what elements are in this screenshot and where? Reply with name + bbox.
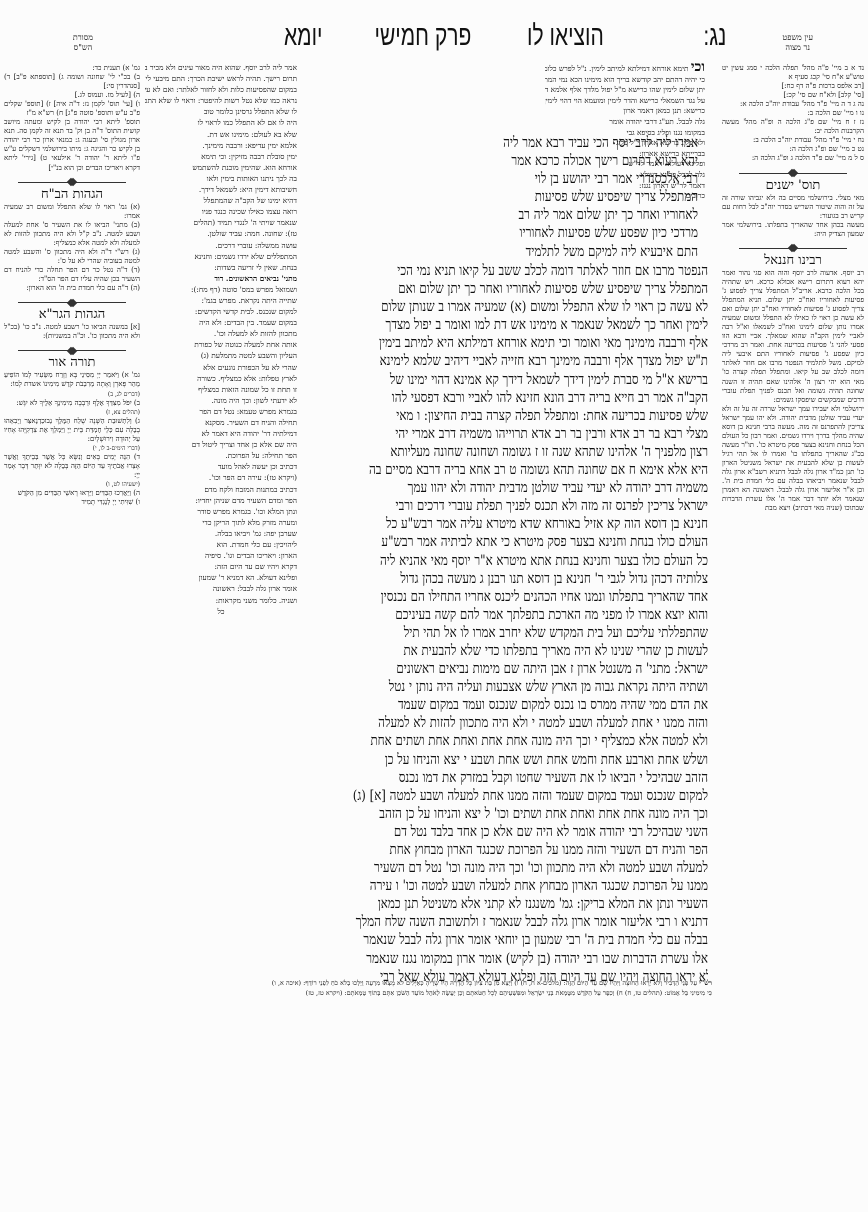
hagahot-hagra-note: [א] במשנה הביאו כו' רשבע למטה. נ"ב כו' (… [4,323,140,341]
ein-mishpat-column: נד א ב מיי' פ"ה מהל' תפלה הלכה י סמג עשי… [722,64,864,784]
masoret-entry: ו) [עי' תוס' לקמן נז: ד"ה איה] ז) [תוספ'… [4,100,140,118]
rashi-label: רש"י [699,979,712,987]
hagahot-habach-note: (ג) רש"י ד"ה ולא היה מתכוון ס' והשבע למט… [4,248,140,266]
tosafot-opening-word: וכי [691,62,705,75]
hagahot-habach-note: (ד) ד"ה נטל כר דם הפר תחלה כדי להניח דם … [4,266,140,284]
ein-mishpat-entry: נה ג ד ה מיי' פ"ד מהל' עבודת יוה"כ הלכה … [722,100,864,109]
torah-or-ref: (דברי הימים-ב לו, י) [4,444,140,453]
torah-or-verse: גמ' א) וַיֹּאמַר יְיָ מִסִּינַי בָּא וְז… [4,371,140,389]
ein-mishpat-entry: נו ו מיי' שם הלכה ב: [722,109,864,118]
chapter-number: פרק חמישי [389,22,472,50]
hagahot-habach-note: (ב) מתני' הביאו לו את השעיר ס' אחת למעלה… [4,221,140,248]
tosafot-yeshanim-title: תוס' ישנים [722,181,864,190]
ein-mishpat-entry: נד א ב מיי' פ"ה מהל' תפלה הלכה י סמג עשי… [722,64,864,82]
chapter-name: הוציאו לו [536,22,604,50]
rabbeinu-chananel-text: רב יוסף. אדעוה לרב יוסף והוה הוא סגי נהו… [722,269,864,405]
torah-or-verse: ב) יִפֹּל מִצִּדְּךָ אֶלֶף וּרְבָבָה מִי… [4,399,140,408]
footnote-line: כִּי מִימִינִי בַּל אֶמּוֹט: (תהלים טז, … [146,988,712,998]
ein-mishpat-entry: [סי' קלב] ולא"ח שם סי' קכ:] [722,91,864,100]
hagahot-hagra-title: הגהות הגר"א [4,310,140,319]
section-divider [4,347,140,356]
rabbeinu-chananel-title: רבינו חננאל [722,256,864,265]
ein-mishpat-entry: נז ז ח מיי' שם פ"ג הלכה ה ופ"ה מהל' מעשה… [722,118,864,136]
torah-or-verse: ג) וְלִתְשׁוּבַת הַשָּׁנָה שָׁלַח הַמֶּל… [4,417,140,444]
hagahot-habach-note: (א) גמ' ראוי לו שלא התפלל ומשום רב שמעיה… [4,203,140,221]
rashi-column: אמר ליה לרב יוסף. שהוא היה מאור עינים ול… [145,62,297,762]
tractate-name: יומא [278,22,323,50]
ein-mishpat-entry: נח י מיי' פ"ד מהל' עבודת יוה"כ הלכה ב: [722,136,864,145]
masoret-entry: גמ' א) תענית כד: [4,64,140,73]
masoret-entry: ה) [לעיל מז. ועמוס לג.] [4,91,140,100]
folio-number: נג: [704,22,727,50]
tosafot-yeshanim-text: מעשה בכהן אחד שהאריך בתפלתו. בירושלמי אמ… [722,221,864,239]
page-header: עין משפט נר מצוה נג: הוציאו לו פרק חמישי… [0,0,868,52]
footnotes: רש"י עַל פְּנֵי הַדְּבִיר וְלֹא יֵרָאוּ … [146,978,712,998]
torah-or-verse: ו) שִׁוִּיתִי יְיָ לְנֶגְדִּי תָמִיד [4,498,140,507]
torah-or-ref: (תהלים צא, ז) [4,408,140,417]
ein-mishpat-entry: ס ל מ מיי' שם פ"ד הלכה ג ופ"ג הלכה ה: [722,154,864,163]
hagahot-habach-note: (ה) ד"ה עם כלי חמדת בית ה' הוא הארון: [4,284,140,293]
ein-mishpat-label: עין משפט נר מצוה [782,33,813,53]
tosafot-yeshanim-text: מאי מצלי. בירושלמי מסיים בה ולא יגביהו ש… [722,194,864,221]
hagahot-habach-title: הגהות הב"ח [4,190,140,199]
yerushalmi-text: ירושלמי ולא יעבירו עמך ישראל שררה זה על … [722,405,864,514]
torah-or-verse: ה) וַיַּאֲרִכוּ הַבַּדִּים וַיֵּרָאוּ רָ… [4,489,140,498]
torah-or-verse: ד) הִנֵּה יָמִים בָּאִים וְנִשָּׂא כָּל … [4,453,140,480]
torah-or-ref: (דברים לג, ב) [4,390,140,399]
masoret-column: גמ' א) תענית כד: ב) בכ"י לי' שחונה ושומה… [4,64,140,984]
ein-mishpat-entry: [רב אלפס ברכות פ"ה דף כח:] [722,82,864,91]
torah-or-title: תורה אור [4,358,140,367]
gemara-main-block: הנפטר מרבו אם חוזר לאלתר דומה לכלב ששב ע… [288,262,708,982]
masoret-entry: תוספ' ליתא רבי יהודה בן לקיש ומעתה מיושב… [4,118,140,172]
section-divider [722,170,864,179]
masoret-entry: ב) בכ"י לי' שחונה ושומה ג) [תוספתא פ"ב] … [4,73,140,91]
footnote-line: רש"י עַל פְּנֵי הַדְּבִיר וְלֹא יֵרָאוּ … [146,978,712,988]
torah-or-ref: (ישעיהו לט, ו) [4,480,140,489]
ein-mishpat-entry: נט כ מיי' שם ופ"ג הלכה ה: [722,145,864,154]
masoret-label: מסורת הש"ס [73,33,93,53]
section-divider [4,299,140,308]
gemara-top-block: אמרו ליה לרב יוסף הכי עביד רבא אמר ליה י… [460,134,698,264]
